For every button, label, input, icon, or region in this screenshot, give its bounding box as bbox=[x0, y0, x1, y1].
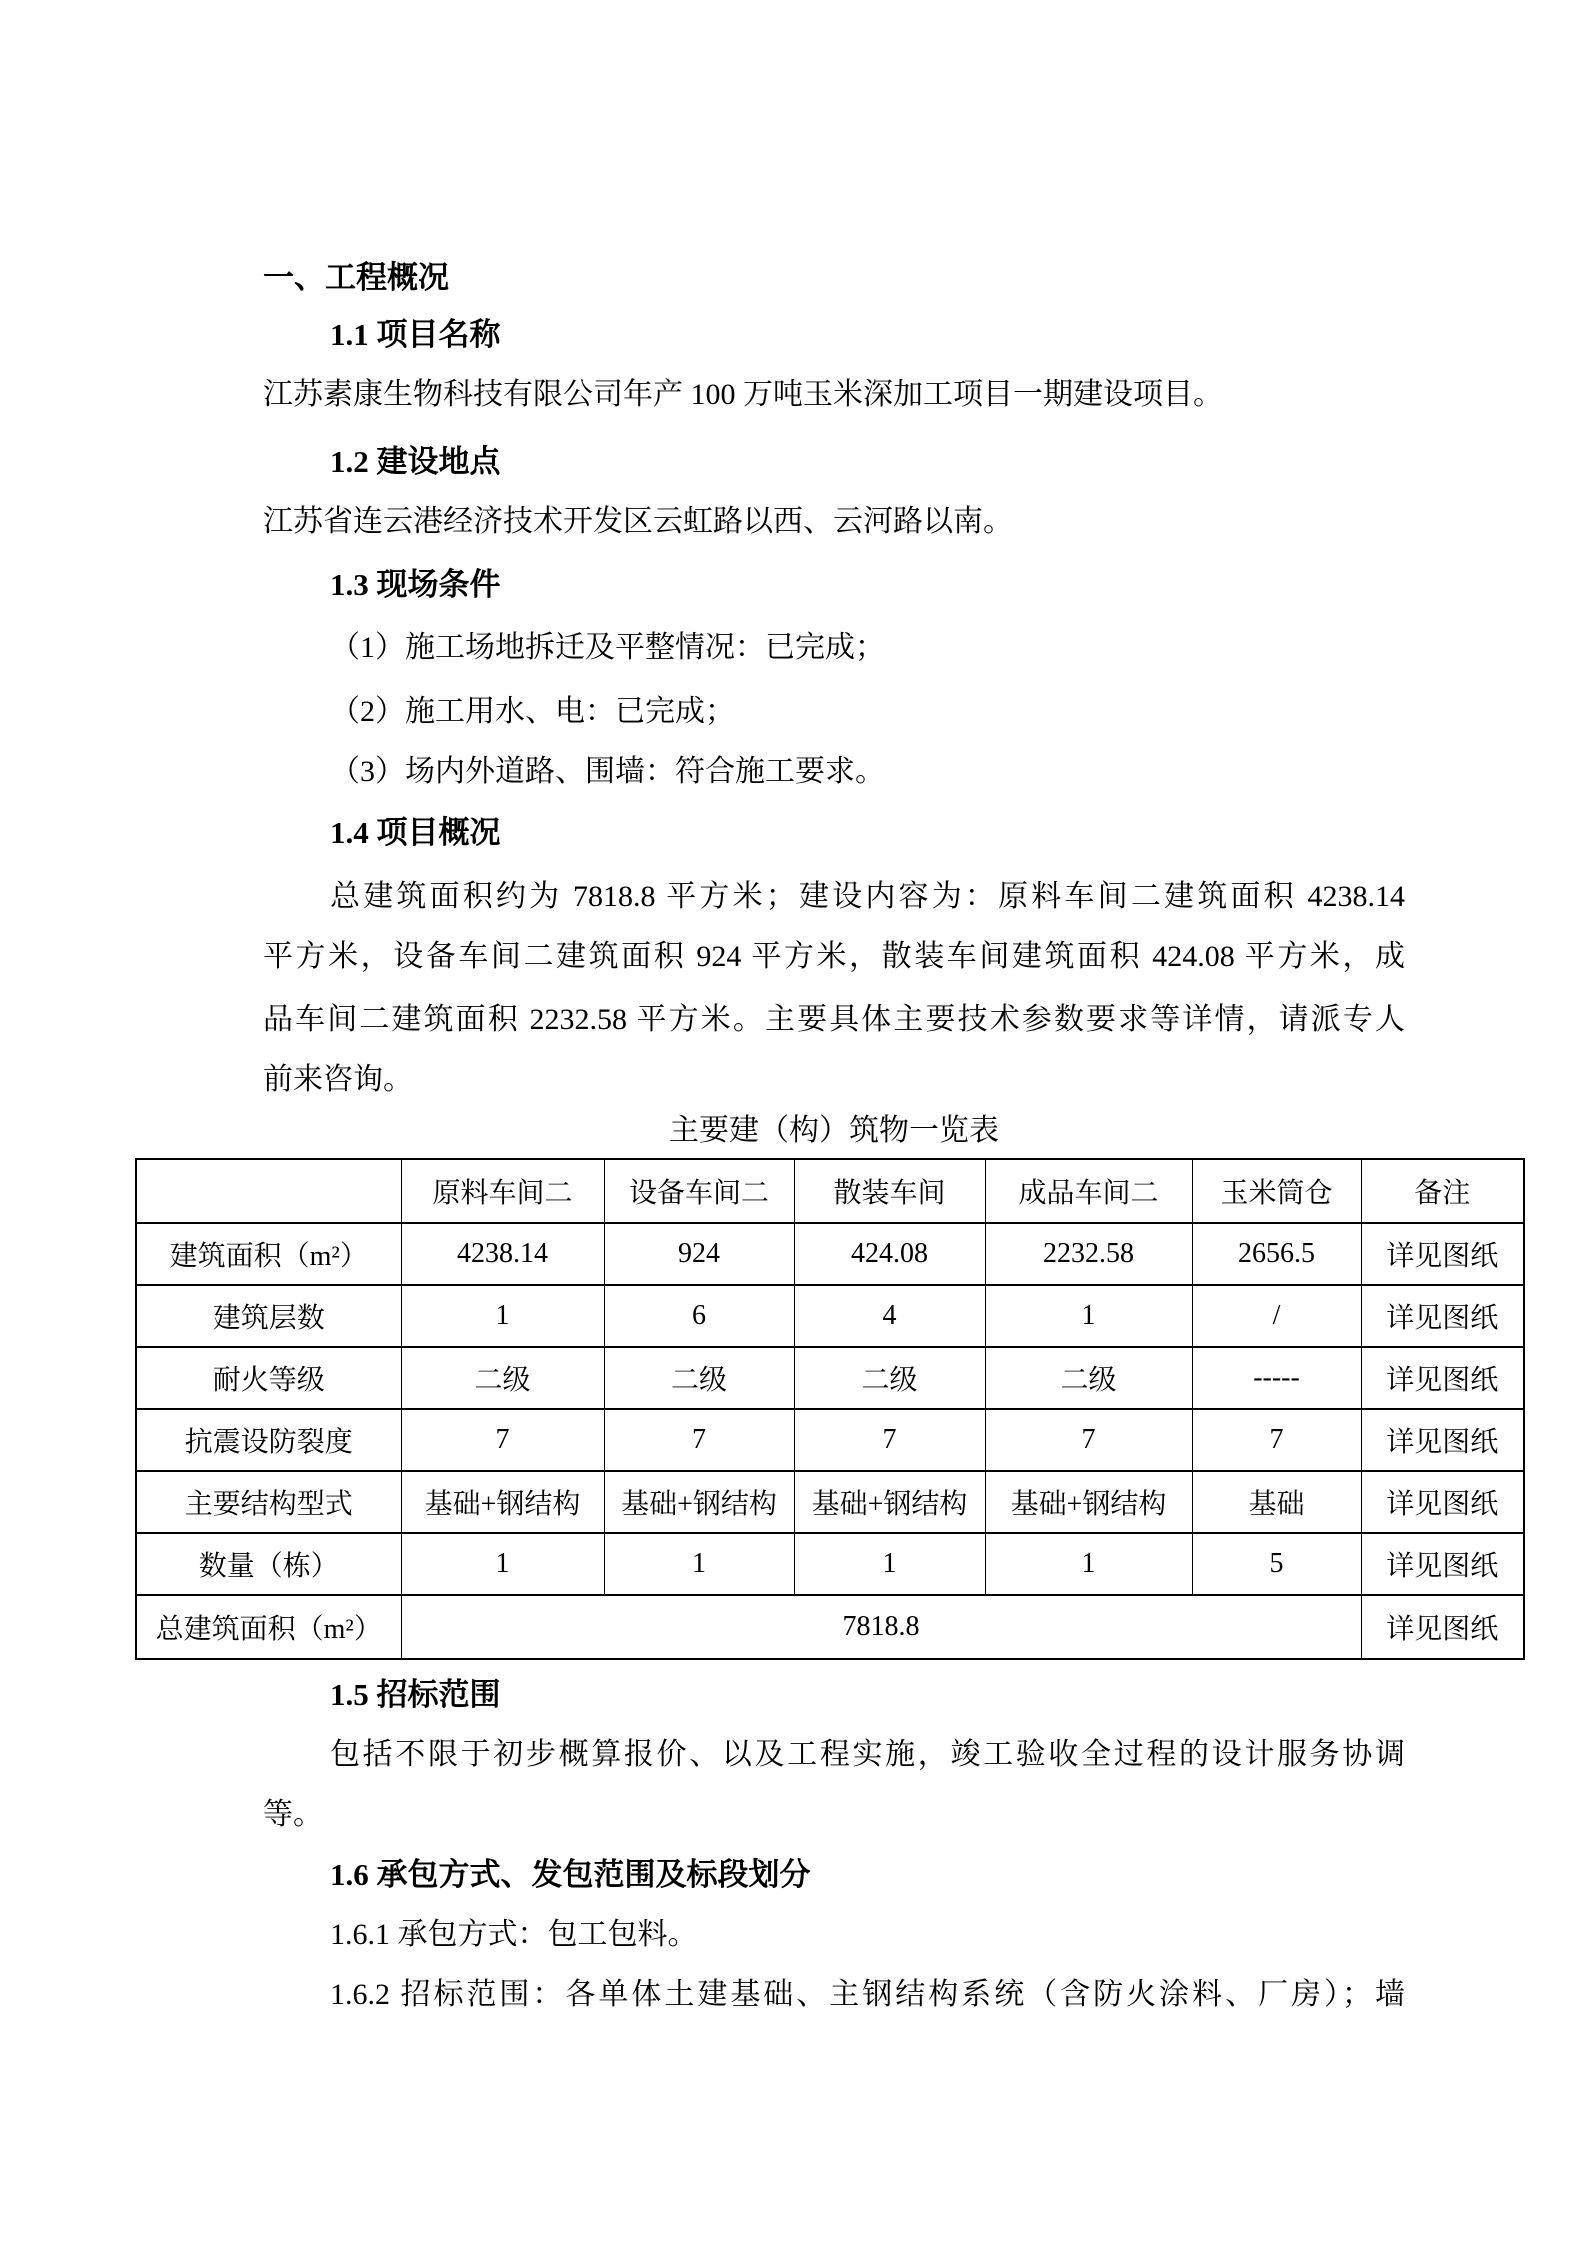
bid-scope-line-2: 等。 bbox=[263, 1785, 1405, 1845]
column-header: 原料车间二 bbox=[401, 1159, 604, 1223]
table-cell: 基础 bbox=[1192, 1471, 1361, 1533]
site-condition-item-1: （1）施工场地拆迁及平整情况：已完成； bbox=[263, 618, 1405, 678]
table-cell: 7 bbox=[401, 1409, 604, 1471]
table-row: 主要结构型式 基础+钢结构 基础+钢结构 基础+钢结构 基础+钢结构 基础 详见… bbox=[136, 1471, 1524, 1533]
table-cell: 1 bbox=[604, 1533, 794, 1595]
table-cell: 1 bbox=[794, 1533, 985, 1595]
heading-1-6: 1.6 承包方式、发包范围及标段划分 bbox=[263, 1845, 1405, 1905]
table-cell: 基础+钢结构 bbox=[794, 1471, 985, 1533]
table-cell: 二级 bbox=[794, 1347, 985, 1409]
note-cell: 详见图纸 bbox=[1361, 1471, 1524, 1533]
table-cell: 2232.58 bbox=[985, 1223, 1192, 1285]
table-cell: 基础+钢结构 bbox=[604, 1471, 794, 1533]
table-cell: 1 bbox=[401, 1533, 604, 1595]
site-condition-item-3: （3）场内外道路、围墙：符合施工要求。 bbox=[263, 742, 1405, 802]
column-header: 成品车间二 bbox=[985, 1159, 1192, 1223]
table-row: 耐火等级 二级 二级 二级 二级 ----- 详见图纸 bbox=[136, 1347, 1524, 1409]
table-cell: 基础+钢结构 bbox=[985, 1471, 1192, 1533]
table-cell: 二级 bbox=[985, 1347, 1192, 1409]
row-label: 总建筑面积（m²） bbox=[136, 1595, 401, 1659]
paragraph-project-name: 江苏素康生物科技有限公司年产 100 万吨玉米深加工项目一期建设项目。 bbox=[263, 365, 1405, 425]
row-label: 抗震设防裂度 bbox=[136, 1409, 401, 1471]
column-header: 备注 bbox=[1361, 1159, 1524, 1223]
column-header: 设备车间二 bbox=[604, 1159, 794, 1223]
table-row: 建筑面积（m²） 4238.14 924 424.08 2232.58 2656… bbox=[136, 1223, 1524, 1285]
note-cell: 详见图纸 bbox=[1361, 1347, 1524, 1409]
row-label: 耐火等级 bbox=[136, 1347, 401, 1409]
table-cell: 7 bbox=[604, 1409, 794, 1471]
table-row: 抗震设防裂度 7 7 7 7 7 详见图纸 bbox=[136, 1409, 1524, 1471]
table-cell: 二级 bbox=[604, 1347, 794, 1409]
buildings-table: 原料车间二 设备车间二 散装车间 成品车间二 玉米筒仓 备注 建筑面积（m²） … bbox=[135, 1158, 1525, 1660]
site-condition-item-2: （2）施工用水、电：已完成； bbox=[263, 682, 1405, 742]
table-cell: 4238.14 bbox=[401, 1223, 604, 1285]
table-cell: 2656.5 bbox=[1192, 1223, 1361, 1285]
document-page: 一、工程概况 1.1 项目名称 江苏素康生物科技有限公司年产 100 万吨玉米深… bbox=[0, 0, 1587, 2245]
table-cell: 基础+钢结构 bbox=[401, 1471, 604, 1533]
heading-1-2: 1.2 建设地点 bbox=[263, 432, 1405, 492]
table-cell: 4 bbox=[794, 1285, 985, 1347]
table-row: 数量（栋） 1 1 1 1 5 详见图纸 bbox=[136, 1533, 1524, 1595]
document-content: 一、工程概况 1.1 项目名称 江苏素康生物科技有限公司年产 100 万吨玉米深… bbox=[0, 0, 1587, 2025]
table-cell: 6 bbox=[604, 1285, 794, 1347]
row-label: 数量（栋） bbox=[136, 1533, 401, 1595]
table-cell: 7 bbox=[794, 1409, 985, 1471]
overview-line-3: 品车间二建筑面积 2232.58 平方米。主要具体主要技术参数要求等详情，请派专… bbox=[263, 990, 1405, 1050]
table-cell: 7 bbox=[985, 1409, 1192, 1471]
heading-1-1: 1.1 项目名称 bbox=[263, 305, 1405, 365]
note-cell: 详见图纸 bbox=[1361, 1409, 1524, 1471]
table-cell: 424.08 bbox=[794, 1223, 985, 1285]
table-title: 主要建（构）筑物一览表 bbox=[263, 1103, 1405, 1158]
table-cell: 5 bbox=[1192, 1533, 1361, 1595]
table-cell: 924 bbox=[604, 1223, 794, 1285]
table-cell: 7 bbox=[1192, 1409, 1361, 1471]
table-row: 建筑层数 1 6 4 1 / 详见图纸 bbox=[136, 1285, 1524, 1347]
table-cell: 1 bbox=[985, 1533, 1192, 1595]
column-header-empty bbox=[136, 1159, 401, 1223]
heading-1-4: 1.4 项目概况 bbox=[263, 803, 1405, 863]
heading-1-5: 1.5 招标范围 bbox=[263, 1665, 1405, 1725]
section-1-heading: 一、工程概况 bbox=[263, 248, 1405, 308]
bid-scope-line-1: 包括不限于初步概算报价、以及工程实施，竣工验收全过程的设计服务协调 bbox=[263, 1725, 1405, 1785]
table-header-row: 原料车间二 设备车间二 散装车间 成品车间二 玉米筒仓 备注 bbox=[136, 1159, 1524, 1223]
row-label: 建筑面积（m²） bbox=[136, 1223, 401, 1285]
row-label: 主要结构型式 bbox=[136, 1471, 401, 1533]
tender-scope-line: 1.6.2 招标范围：各单体土建基础、主钢结构系统（含防火涂料、厂房）；墙 bbox=[263, 1965, 1405, 2025]
column-header: 散装车间 bbox=[794, 1159, 985, 1223]
table-cell: 1 bbox=[401, 1285, 604, 1347]
table-total-row: 总建筑面积（m²） 7818.8 详见图纸 bbox=[136, 1595, 1524, 1659]
overview-line-1: 总建筑面积约为 7818.8 平方米；建设内容为：原料车间二建筑面积 4238.… bbox=[263, 867, 1405, 927]
table-cell: 1 bbox=[985, 1285, 1192, 1347]
note-cell: 详见图纸 bbox=[1361, 1533, 1524, 1595]
note-cell: 详见图纸 bbox=[1361, 1223, 1524, 1285]
note-cell: 详见图纸 bbox=[1361, 1595, 1524, 1659]
overview-line-4: 前来咨询。 bbox=[263, 1050, 1405, 1110]
table-cell: 二级 bbox=[401, 1347, 604, 1409]
row-label: 建筑层数 bbox=[136, 1285, 401, 1347]
table-cell: ----- bbox=[1192, 1347, 1361, 1409]
overview-line-2: 平方米，设备车间二建筑面积 924 平方米，散装车间建筑面积 424.08 平方… bbox=[263, 927, 1405, 987]
paragraph-location: 江苏省连云港经济技术开发区云虹路以西、云河路以南。 bbox=[263, 492, 1405, 552]
note-cell: 详见图纸 bbox=[1361, 1285, 1524, 1347]
total-area-cell: 7818.8 bbox=[401, 1595, 1361, 1659]
contract-mode-line: 1.6.1 承包方式：包工包料。 bbox=[263, 1905, 1405, 1965]
column-header: 玉米筒仓 bbox=[1192, 1159, 1361, 1223]
heading-1-3: 1.3 现场条件 bbox=[263, 555, 1405, 615]
table-cell: / bbox=[1192, 1285, 1361, 1347]
